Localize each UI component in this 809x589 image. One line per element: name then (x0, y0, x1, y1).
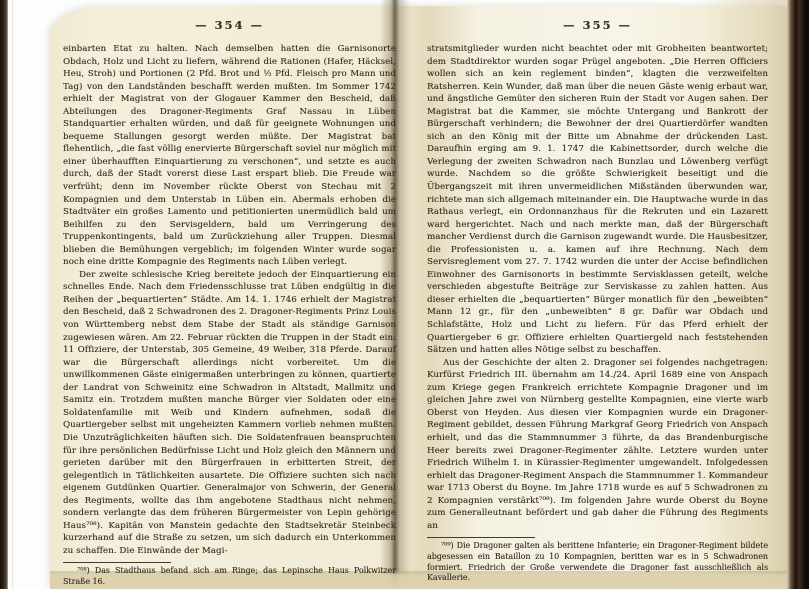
paragraph: Aus der Geschichte der alten 2. Dragoner… (427, 357, 768, 533)
page-left: — 354 — einbarten Etat zu halten. Nach d… (63, 18, 396, 588)
page-right-body: stratsmitglieder wurden nicht beachtet o… (427, 43, 768, 532)
page-right: — 355 — stratsmitglieder wurden nicht be… (427, 18, 768, 584)
book-edge-right (787, 0, 809, 589)
paragraph: stratsmitglieder wurden nicht beachtet o… (427, 43, 768, 357)
footnote-rule (427, 537, 535, 538)
page-number-354: — 354 — (63, 18, 396, 32)
footnote-text: ⁷⁰⁸) Das Stadthaus befand sich am Ringe;… (63, 566, 396, 587)
book-edge-left (0, 0, 8, 589)
scan-margin-line (12, 0, 13, 589)
footnote-rule (63, 562, 171, 563)
paragraph: einbarten Etat zu halten. Nach demselben… (63, 43, 396, 269)
page-left-body: einbarten Etat zu halten. Nach demselben… (63, 43, 396, 557)
book-scan: — 354 — einbarten Etat zu halten. Nach d… (0, 0, 809, 589)
paragraph: Der zweite schlesische Krieg bereitete j… (63, 269, 396, 558)
footnote-text: ⁷⁰⁹) Die Dragoner galten als berittene I… (427, 541, 768, 583)
footnote-right: ⁷⁰⁹) Die Dragoner galten als berittene I… (427, 537, 768, 583)
page-number-355: — 355 — (427, 18, 768, 32)
footnote-left: ⁷⁰⁸) Das Stadthaus befand sich am Ringe;… (63, 562, 396, 587)
